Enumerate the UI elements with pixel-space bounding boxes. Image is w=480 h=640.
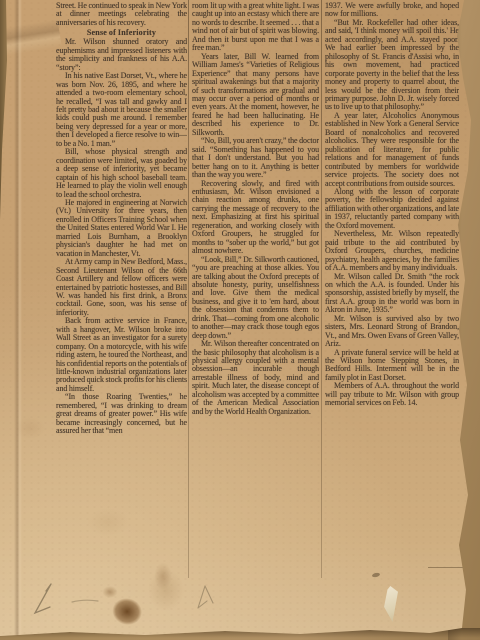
faint-stain xyxy=(150,556,176,596)
newspaper-clipping: Street. He continued to speak in New Yor… xyxy=(0,0,480,640)
paragraph: “Look, Bill,” Dr. Silkworth cautioned, “… xyxy=(192,256,319,341)
section-heading: Sense of Inferiority xyxy=(56,28,187,37)
pencil-doodle-left xyxy=(30,580,60,618)
paragraph: Street. He continued to speak in New Yor… xyxy=(56,2,187,27)
paragraph: Mr. Wilson shunned oratory and euphemism… xyxy=(56,38,187,72)
pencil-doodle-center xyxy=(193,583,219,613)
paragraph: 1937. We were awfully broke, and hoped n… xyxy=(325,2,459,19)
paragraph: Mr. Wilson thereafter concentrated on th… xyxy=(192,340,319,416)
paragraph: Along with the lesson of corporate pover… xyxy=(325,188,459,230)
paragraph: Recovering slowly, and fired with enthus… xyxy=(192,180,319,256)
column-rule-2 xyxy=(321,0,322,578)
paragraph: “But Mr. Rockefeller had other ideas, an… xyxy=(325,19,459,112)
paragraph: “In those Roaring Twenties,” he remember… xyxy=(56,393,187,435)
photo-of-newspaper-clipping: Street. He continued to speak in New Yor… xyxy=(0,0,480,640)
paragraph: A year later, Alcoholics Anonymous estab… xyxy=(325,112,459,188)
paragraph: Bill, whose physical strength and coordi… xyxy=(56,148,187,199)
paragraph: Mr. Wilson is survived also by two siste… xyxy=(325,315,459,349)
paragraph: In his native East Dorset, Vt., where he… xyxy=(56,72,187,148)
paragraph: Mr. Wilson called Dr. Smith “the rock on… xyxy=(325,273,459,315)
article-column-2: room lit up with a great white light. I … xyxy=(192,2,319,578)
vertical-fold-crease xyxy=(14,0,22,640)
paragraph: “No, Bill, you aren't crazy,” the doctor… xyxy=(192,137,319,179)
paragraph: Members of A.A. throughout the world wil… xyxy=(325,382,459,407)
article-column-1: Street. He continued to speak in New Yor… xyxy=(56,2,187,578)
paragraph: He majored in engineering at Norwich (Vt… xyxy=(56,199,187,258)
paragraph: At Army camp in New Bedford, Mass., Seco… xyxy=(56,258,187,317)
horizontal-fold-crease xyxy=(0,19,62,57)
paragraph: A private funeral service will be held a… xyxy=(325,349,459,383)
column-rule-1 xyxy=(188,0,189,578)
paragraph: Years later, Bill W. learned from Willia… xyxy=(192,53,319,138)
coffee-stain-small xyxy=(100,584,120,600)
paragraph: Nevertheless, Mr. Wilson repeatedly paid… xyxy=(325,230,459,272)
pencil-dash xyxy=(70,596,100,606)
paragraph: room lit up with a great white light. I … xyxy=(192,2,319,53)
article-column-3: 1937. We were awfully broke, and hoped n… xyxy=(325,2,459,578)
paragraph: Back from active service in France, with… xyxy=(56,317,187,393)
